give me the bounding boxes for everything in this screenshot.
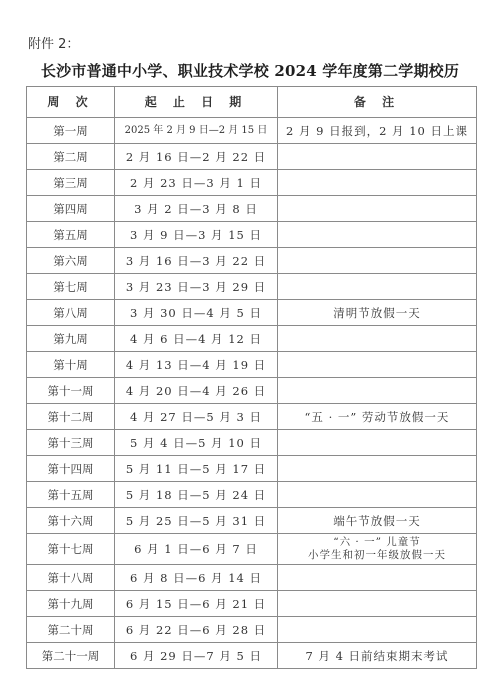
note-cell <box>278 222 477 248</box>
date-range-cell: 3 月 9 日—3 月 15 日 <box>115 222 278 248</box>
date-range-cell: 3 月 23 日—3 月 29 日 <box>115 274 278 300</box>
attachment-label: 附件 2： <box>28 33 79 52</box>
note-cell <box>278 170 477 196</box>
week-cell: 第一周 <box>27 118 115 144</box>
week-cell: 第十周 <box>27 352 115 378</box>
week-cell: 第八周 <box>27 300 115 326</box>
date-range-cell: 3 月 2 日—3 月 8 日 <box>115 196 278 222</box>
table-row: 第十八周6 月 8 日—6 月 14 日 <box>27 565 477 591</box>
note-cell <box>278 378 477 404</box>
table-row: 第三周2 月 23 日—3 月 1 日 <box>27 170 477 196</box>
note-cell <box>278 352 477 378</box>
week-cell: 第十八周 <box>27 565 115 591</box>
table-row: 第十四周5 月 11 日—5 月 17 日 <box>27 456 477 482</box>
note-cell: 7 月 4 日前结束期末考试 <box>278 643 477 669</box>
date-range-cell: 6 月 22 日—6 月 28 日 <box>115 617 278 643</box>
table-row: 第二周2 月 16 日—2 月 22 日 <box>27 144 477 170</box>
date-range-cell: 3 月 16 日—3 月 22 日 <box>115 248 278 274</box>
week-cell: 第十七周 <box>27 534 115 565</box>
date-range-cell: 2025 年 2 月 9 日—2 月 15 日 <box>115 118 278 144</box>
note-line: 端午节放假一天 <box>333 514 421 528</box>
table-row: 第七周3 月 23 日—3 月 29 日 <box>27 274 477 300</box>
header-dates: 起 止 日 期 <box>115 87 278 118</box>
table-row: 第十六周5 月 25 日—5 月 31 日端午节放假一天 <box>27 508 477 534</box>
date-range-cell: 6 月 15 日—6 月 21 日 <box>115 591 278 617</box>
table-row: 第六周3 月 16 日—3 月 22 日 <box>27 248 477 274</box>
week-cell: 第四周 <box>27 196 115 222</box>
note-cell <box>278 591 477 617</box>
table-row: 第十一周4 月 20 日—4 月 26 日 <box>27 378 477 404</box>
note-line: “六 · 一” 儿童节 <box>278 536 476 549</box>
week-cell: 第三周 <box>27 170 115 196</box>
week-cell: 第十四周 <box>27 456 115 482</box>
week-cell: 第五周 <box>27 222 115 248</box>
table-row: 第十七周6 月 1 日—6 月 7 日“六 · 一” 儿童节小学生和初一年级放假… <box>27 534 477 565</box>
table-row: 第十九周6 月 15 日—6 月 21 日 <box>27 591 477 617</box>
date-range-cell: 5 月 11 日—5 月 17 日 <box>115 456 278 482</box>
date-range-cell: 3 月 30 日—4 月 5 日 <box>115 300 278 326</box>
table-row: 第二十一周6 月 29 日—7 月 5 日7 月 4 日前结束期末考试 <box>27 643 477 669</box>
note-cell <box>278 482 477 508</box>
note-cell <box>278 274 477 300</box>
date-range-cell: 5 月 25 日—5 月 31 日 <box>115 508 278 534</box>
date-range-cell: 5 月 18 日—5 月 24 日 <box>115 482 278 508</box>
note-cell <box>278 617 477 643</box>
document-title: 长沙市普通中小学、职业技术学校 2024 学年度第二学期校历 <box>0 60 500 81</box>
date-range-cell: 6 月 8 日—6 月 14 日 <box>115 565 278 591</box>
week-cell: 第十三周 <box>27 430 115 456</box>
note-cell: “六 · 一” 儿童节小学生和初一年级放假一天 <box>278 534 477 565</box>
header-notes: 备 注 <box>278 87 477 118</box>
note-cell: 端午节放假一天 <box>278 508 477 534</box>
date-range-cell: 4 月 27 日—5 月 3 日 <box>115 404 278 430</box>
note-line: 7 月 4 日前结束期末考试 <box>305 649 448 663</box>
header-week: 周 次 <box>27 87 115 118</box>
date-range-cell: 2 月 16 日—2 月 22 日 <box>115 144 278 170</box>
table-row: 第四周3 月 2 日—3 月 8 日 <box>27 196 477 222</box>
note-cell <box>278 456 477 482</box>
table-row: 第十周4 月 13 日—4 月 19 日 <box>27 352 477 378</box>
week-cell: 第十六周 <box>27 508 115 534</box>
date-range-cell: 5 月 4 日—5 月 10 日 <box>115 430 278 456</box>
week-cell: 第二周 <box>27 144 115 170</box>
week-cell: 第九周 <box>27 326 115 352</box>
date-range-cell: 4 月 13 日—4 月 19 日 <box>115 352 278 378</box>
date-range-cell: 6 月 29 日—7 月 5 日 <box>115 643 278 669</box>
note-cell: 清明节放假一天 <box>278 300 477 326</box>
note-cell <box>278 326 477 352</box>
date-range-cell: 4 月 6 日—4 月 12 日 <box>115 326 278 352</box>
week-cell: 第二十一周 <box>27 643 115 669</box>
week-cell: 第六周 <box>27 248 115 274</box>
table-row: 第十三周5 月 4 日—5 月 10 日 <box>27 430 477 456</box>
week-cell: 第十一周 <box>27 378 115 404</box>
note-cell <box>278 430 477 456</box>
school-calendar-table: 周 次 起 止 日 期 备 注 第一周2025 年 2 月 9 日—2 月 15… <box>26 86 477 669</box>
note-cell: 2 月 9 日报到，2 月 10 日上课 <box>278 118 477 144</box>
date-range-cell: 2 月 23 日—3 月 1 日 <box>115 170 278 196</box>
week-cell: 第十二周 <box>27 404 115 430</box>
note-cell <box>278 144 477 170</box>
date-range-cell: 6 月 1 日—6 月 7 日 <box>115 534 278 565</box>
table-row: 第九周4 月 6 日—4 月 12 日 <box>27 326 477 352</box>
table-row: 第十二周4 月 27 日—5 月 3 日“五 · 一” 劳动节放假一天 <box>27 404 477 430</box>
week-cell: 第十五周 <box>27 482 115 508</box>
date-range-cell: 4 月 20 日—4 月 26 日 <box>115 378 278 404</box>
table-header-row: 周 次 起 止 日 期 备 注 <box>27 87 477 118</box>
note-cell <box>278 248 477 274</box>
week-cell: 第二十周 <box>27 617 115 643</box>
table-row: 第十五周5 月 18 日—5 月 24 日 <box>27 482 477 508</box>
note-cell: “五 · 一” 劳动节放假一天 <box>278 404 477 430</box>
note-line: “五 · 一” 劳动节放假一天 <box>305 410 450 424</box>
note-cell <box>278 565 477 591</box>
table-row: 第八周3 月 30 日—4 月 5 日清明节放假一天 <box>27 300 477 326</box>
note-cell <box>278 196 477 222</box>
week-cell: 第十九周 <box>27 591 115 617</box>
note-line-2: 小学生和初一年级放假一天 <box>278 549 476 562</box>
table-row: 第二十周6 月 22 日—6 月 28 日 <box>27 617 477 643</box>
note-line: 清明节放假一天 <box>333 306 421 320</box>
table-row: 第一周2025 年 2 月 9 日—2 月 15 日2 月 9 日报到，2 月 … <box>27 118 477 144</box>
note-line: 2 月 9 日报到，2 月 10 日上课 <box>286 124 468 138</box>
week-cell: 第七周 <box>27 274 115 300</box>
table-row: 第五周3 月 9 日—3 月 15 日 <box>27 222 477 248</box>
